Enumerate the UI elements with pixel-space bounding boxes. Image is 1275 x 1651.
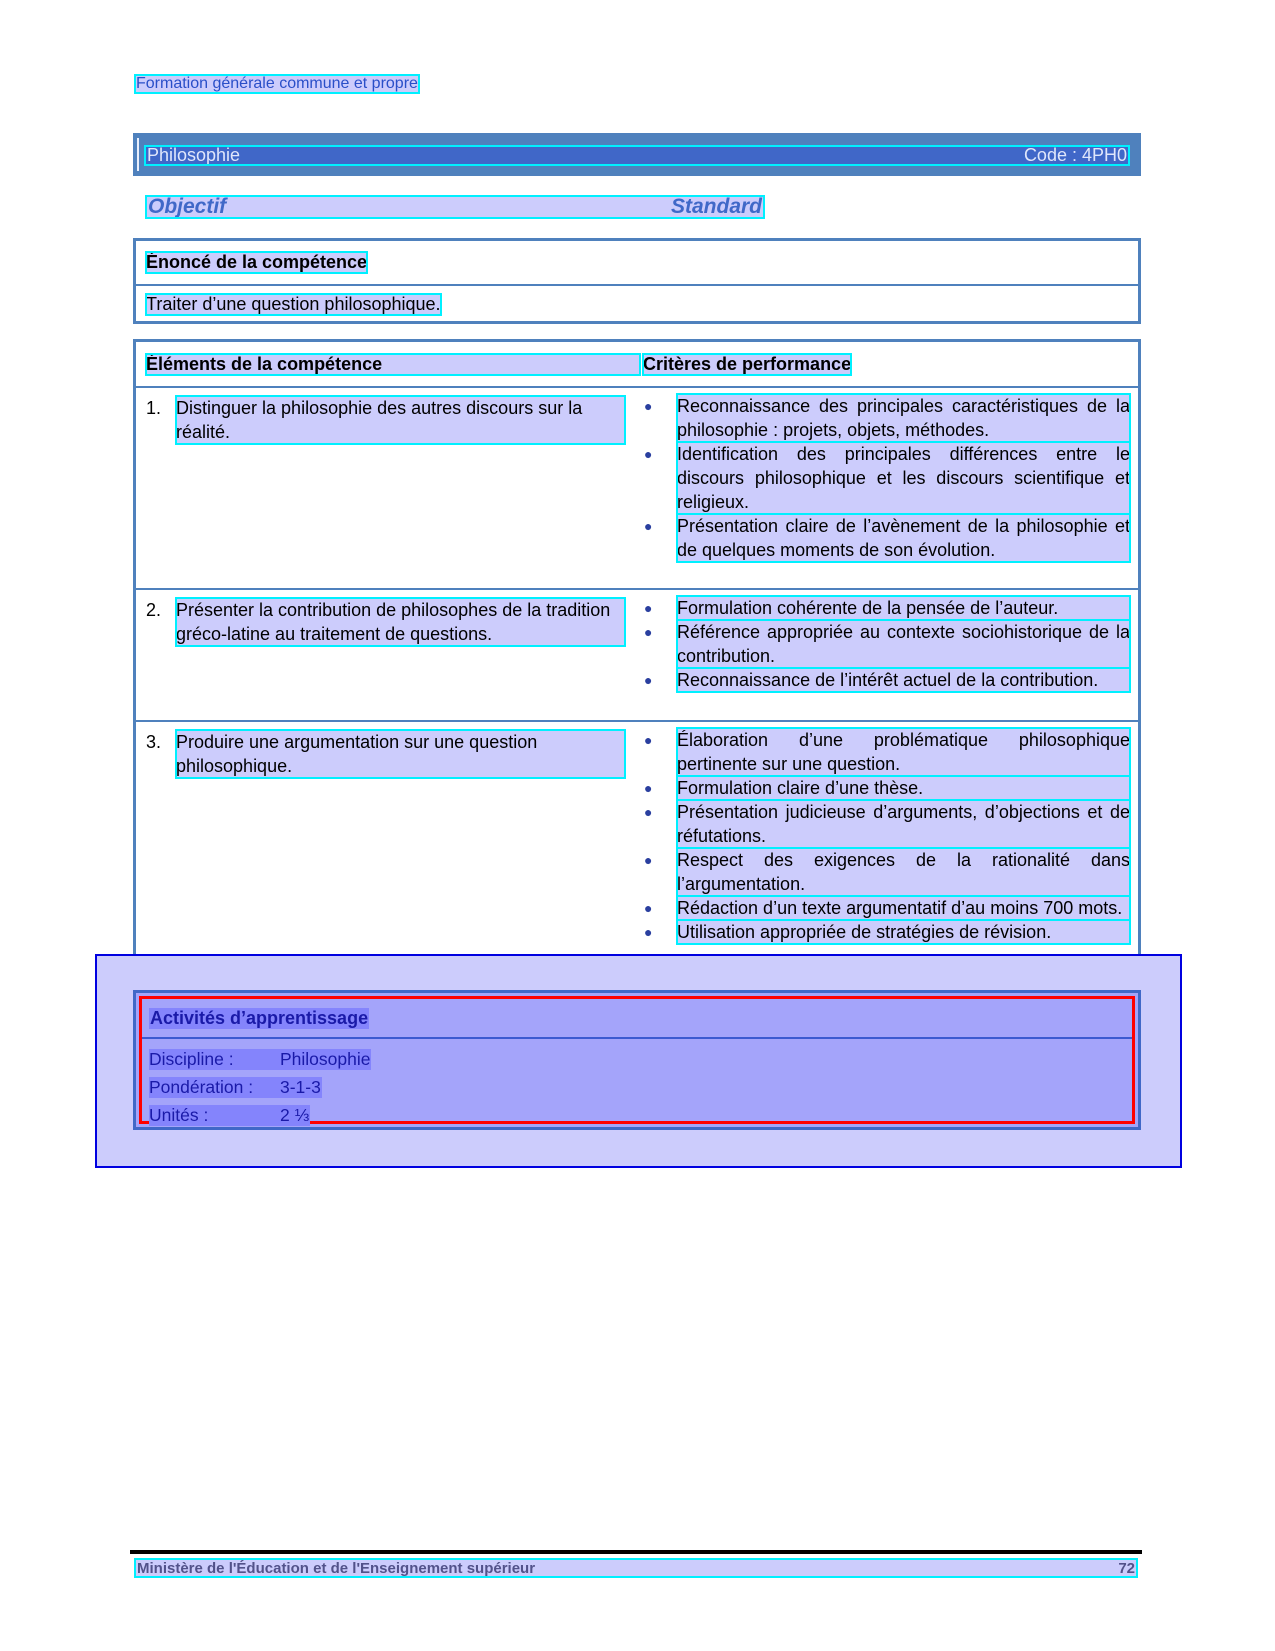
footer-rule [130, 1550, 1142, 1554]
enonce-heading: Énoncé de la compétence [146, 252, 367, 273]
section-label: Formation générale commune et propre [135, 75, 419, 93]
ponderation-label: Pondération : [149, 1077, 279, 1098]
criteria-text: Présentation claire de l’avènement de la… [677, 514, 1130, 562]
criteria-text: Élaboration d’une problématique philosop… [677, 728, 1130, 776]
element-item: 2.Présenter la contribution de philosoph… [146, 598, 625, 646]
course-code: Code : 4PH0 [1022, 145, 1129, 166]
bullet-icon: ● [644, 394, 652, 418]
criteria-item: ●Élaboration d’une problématique philoso… [640, 728, 1130, 776]
title-bar-divider [137, 138, 139, 171]
element-text: Produire une argumentation sur une quest… [176, 730, 625, 778]
course-title-bar: Philosophie Code : 4PH0 [133, 133, 1141, 176]
element-text: Distinguer la philosophie des autres dis… [176, 396, 625, 444]
unites-value: 2 ⅓ [279, 1105, 310, 1126]
criteria-item: ●Présentation claire de l’avènement de l… [640, 514, 1130, 562]
criteria-text: Utilisation appropriée de stratégies de … [677, 920, 1130, 944]
activites-apprentissage-table: Activités d’apprentissage Discipline : P… [133, 990, 1141, 1130]
bullet-icon: ● [644, 728, 652, 752]
bullet-icon: ● [644, 620, 652, 644]
criteria-list: ●Formulation cohérente de la pensée de l… [640, 596, 1130, 692]
criteria-item: ●Respect des exigences de la rationalité… [640, 848, 1130, 896]
criteria-item: ●Identification des principales différen… [640, 442, 1130, 514]
elements-competence-table: Éléments de la compétence Critères de pe… [133, 339, 1141, 976]
criteria-text: Référence appropriée au contexte sociohi… [677, 620, 1130, 668]
criteria-text: Identification des principales différenc… [677, 442, 1130, 514]
criteria-item: ●Présentation judicieuse d’arguments, d’… [640, 800, 1130, 848]
element-row: 3.Produire une argumentation sur une que… [136, 722, 1138, 977]
criteria-list: ●Reconnaissance des principales caractér… [640, 394, 1130, 562]
bullet-icon: ● [644, 896, 652, 920]
criteria-list: ●Élaboration d’une problématique philoso… [640, 728, 1130, 944]
criteria-item: ●Rédaction d’un texte argumentatif d’au … [640, 896, 1130, 920]
standard-label: Standard [669, 195, 764, 219]
bullet-icon: ● [644, 514, 652, 538]
criteria-text: Reconnaissance des principales caractéri… [677, 394, 1130, 442]
criteria-text: Rédaction d’un texte argumentatif d’au m… [677, 896, 1130, 920]
element-number: 3. [146, 730, 161, 754]
elements-table-header: Éléments de la compétence Critères de pe… [136, 342, 1138, 388]
bullet-icon: ● [644, 800, 652, 824]
activites-heading: Activités d’apprentissage [149, 1008, 369, 1029]
criteria-column-heading: Critères de performance [643, 354, 851, 375]
criteria-text: Formulation claire d’une thèse. [677, 776, 1130, 800]
element-item: 3.Produire une argumentation sur une que… [146, 730, 625, 778]
discipline-value: Philosophie [279, 1049, 371, 1070]
objectif-label: Objectif [146, 195, 228, 219]
unites-label: Unités : [149, 1105, 279, 1126]
bullet-icon: ● [644, 442, 652, 466]
page-number: 72 [1116, 1560, 1137, 1577]
criteria-item: ●Reconnaissance des principales caractér… [640, 394, 1130, 442]
ministry-name: Ministère de l'Éducation et de l'Enseign… [135, 1560, 537, 1577]
element-number: 1. [146, 396, 161, 420]
criteria-text: Présentation judicieuse d’arguments, d’o… [677, 800, 1130, 848]
element-item: 1.Distinguer la philosophie des autres d… [146, 396, 625, 444]
course-title: Philosophie [145, 145, 242, 166]
criteria-item: ●Formulation cohérente de la pensée de l… [640, 596, 1130, 620]
criteria-item: ●Reconnaissance de l’intérêt actuel de l… [640, 668, 1130, 692]
criteria-item: ●Utilisation appropriée de stratégies de… [640, 920, 1130, 944]
page-footer: Ministère de l'Éducation et de l'Enseign… [135, 1559, 1137, 1577]
discipline-line: Discipline : Philosophie [149, 1049, 371, 1070]
objective-standard-row: Objectif Standard [146, 196, 764, 218]
discipline-label: Discipline : [149, 1049, 279, 1070]
bullet-icon: ● [644, 668, 652, 692]
criteria-item: ●Référence appropriée au contexte socioh… [640, 620, 1130, 668]
criteria-text: Reconnaissance de l’intérêt actuel de la… [677, 668, 1130, 692]
criteria-item: ●Formulation claire d’une thèse. [640, 776, 1130, 800]
ponderation-value: 3-1-3 [279, 1077, 322, 1098]
bullet-icon: ● [644, 848, 652, 872]
enonce-text: Traiter d’une question philosophique. [146, 294, 441, 315]
enonce-competence-table: Énoncé de la compétence Traiter d’une qu… [133, 238, 1141, 324]
ponderation-line: Pondération : 3-1-3 [149, 1077, 322, 1098]
element-row: 2.Présenter la contribution de philosoph… [136, 590, 1138, 722]
bullet-icon: ● [644, 596, 652, 620]
criteria-text: Respect des exigences de la rationalité … [677, 848, 1130, 896]
element-text: Présenter la contribution de philosophes… [176, 598, 625, 646]
bullet-icon: ● [644, 776, 652, 800]
bullet-icon: ● [644, 920, 652, 944]
elements-column-heading: Éléments de la compétence [146, 354, 640, 375]
unites-line: Unités : 2 ⅓ [149, 1105, 310, 1126]
criteria-text: Formulation cohérente de la pensée de l’… [677, 596, 1130, 620]
element-row: 1.Distinguer la philosophie des autres d… [136, 388, 1138, 590]
element-number: 2. [146, 598, 161, 622]
